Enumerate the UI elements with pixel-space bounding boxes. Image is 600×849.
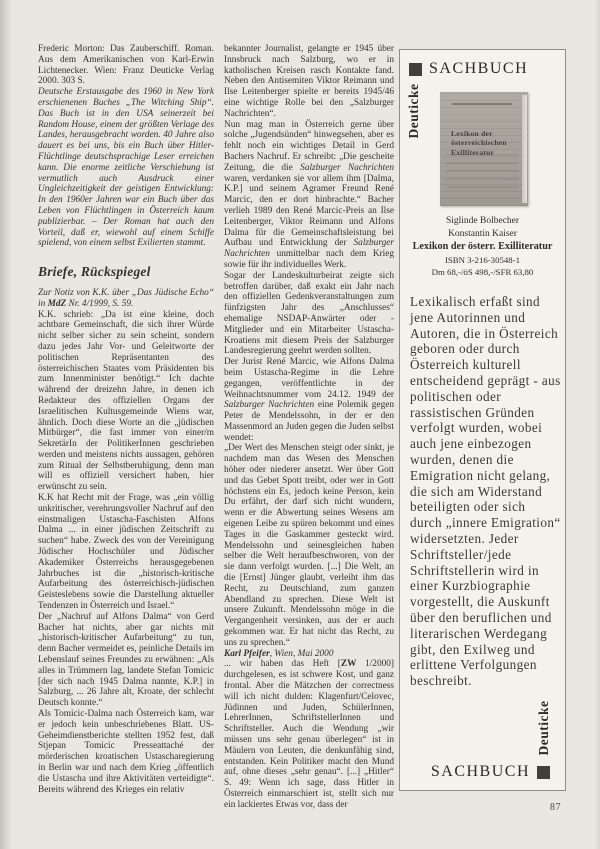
letter-paragraph: K.K hat Recht mit der Frage, was „ein vö… (38, 493, 214, 612)
letter-paragraph: ... wir haben das Heft [ZW 1/2000] durch… (224, 659, 394, 810)
publisher-ad-box: SACHBUCH Deuticke Lexikon der österreich… (399, 49, 566, 791)
letter-paragraph: Der Jurist René Marcic, wie Alfons Dalma… (224, 357, 394, 443)
text-column-middle: bekannter Journalist, gelangte er 1945 ü… (224, 44, 394, 814)
section-heading: Briefe, Rückspiegel (38, 267, 214, 278)
book-cover-title: Lexikon der österreichischen Exilliterat… (451, 129, 513, 157)
sachbuch-label-top: SACHBUCH (429, 60, 528, 78)
publisher-square-icon (409, 63, 422, 76)
letter-paragraph: Der „Nachruf auf Alfons Dalma“ von Gerd … (38, 612, 214, 709)
book-isbn: ISBN 3-216-30548-1 (400, 254, 565, 267)
book-author: Siglinde Bolbecher (400, 215, 565, 228)
letter-signature: Karl Pfeifer, Wien, Mai 2000 (224, 649, 394, 660)
cover-background-texture (446, 154, 518, 188)
ad-footer: SACHBUCH (431, 763, 550, 781)
book-price: Dm 68,-/öS 498,-/SFR 63,80 (400, 266, 565, 279)
letter-paragraph: Sogar der Landeskulturbeirat zeigte sich… (224, 271, 394, 357)
deuticke-brand-vertical-top: Deuticke (406, 76, 422, 146)
ad-description: Lexikalisch erfaßt sind jene Autorinnen … (410, 294, 561, 689)
cover-author-line (452, 103, 512, 105)
book-cover: Lexikon der österreichischen Exilliterat… (440, 92, 528, 206)
letter-paragraph: Als Tomicic-Dalma nach Österreich kam, w… (38, 709, 214, 795)
publisher-square-icon (537, 766, 550, 779)
deuticke-brand-vertical-bottom: Deuticke (536, 693, 552, 763)
letter-paragraph: bekannter Journalist, gelangte er 1945 ü… (224, 44, 394, 120)
letter-note: Zur Notiz von K.K. über „Das Jüdische Ec… (38, 288, 214, 310)
book-review-text: Deutsche Erstausgabe des 1960 in New Yor… (38, 87, 214, 249)
book-citation: Frederic Morton: Das Zauberschiff. Roman… (38, 44, 214, 87)
book-meta: Siglinde Bolbecher Konstantin Kaiser Lex… (400, 215, 565, 279)
text-column-left: Frederic Morton: Das Zauberschiff. Roman… (38, 44, 214, 814)
book-title: Lexikon der österr. Exilliteratur (400, 240, 565, 254)
deuticke-brand-text: Deuticke (536, 701, 552, 756)
book-page-edge (522, 95, 527, 203)
deuticke-brand-text: Deuticke (406, 84, 422, 139)
letter-paragraph: K.K. schrieb: „Da ist eine kleine, doch … (38, 310, 214, 494)
journal-page: Frederic Morton: Das Zauberschiff. Roman… (0, 0, 600, 849)
sachbuch-label-bottom: SACHBUCH (431, 763, 530, 781)
letter-paragraph: Nun mag man in Österreich gerne über sol… (224, 120, 394, 271)
letter-quote: „Der Wert des Menschen steigt oder sinkt… (224, 443, 394, 648)
page-number: 87 (550, 802, 561, 813)
book-author: Konstantin Kaiser (400, 228, 565, 241)
ad-header: SACHBUCH (409, 60, 528, 78)
